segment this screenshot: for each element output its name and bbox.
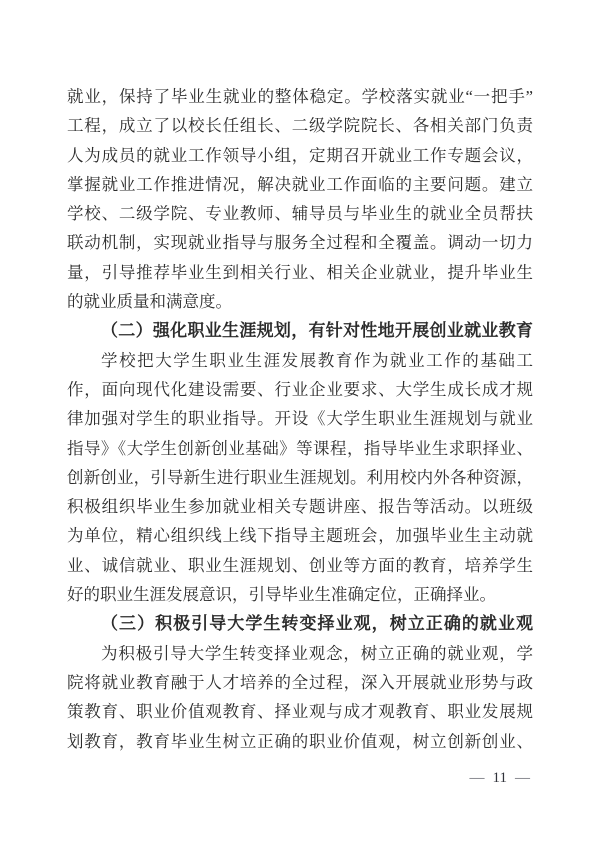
paragraph-line: 量，引导推荐毕业生到相关行业、相关企业就业，提升毕业生 (67, 258, 533, 287)
section-heading-2: （二）强化职业生涯规划，有针对性地开展创业就业教育 (67, 316, 533, 345)
section-heading-3: （三）积极引导大学生转变择业观，树立正确的就业观 (67, 609, 533, 638)
page-number: — 11 — (470, 767, 530, 789)
paragraph-line: 的就业质量和满意度。 (67, 287, 533, 316)
paragraph-line: 积极组织毕业生参加就业相关专题讲座、报告等活动。以班级 (67, 492, 533, 521)
page-number-value: 11 (493, 767, 507, 789)
paragraph-line: 就业，保持了毕业生就业的整体稳定。学校落实就业“一把手” (67, 82, 533, 111)
paragraph-line: 联动机制，实现就业指导与服务全过程和全覆盖。调动一切力 (67, 228, 533, 257)
paragraph-line: 创新创业，引导新生进行职业生涯规划。利用校内外各种资源， (67, 463, 533, 492)
document-body: 就业，保持了毕业生就业的整体稳定。学校落实就业“一把手” 工程，成立了以校长任组… (67, 82, 533, 756)
paragraph-line: 为单位，精心组织线上线下指导主题班会，加强毕业生主动就 (67, 521, 533, 550)
paragraph-line: 业、诚信就业、职业生涯规划、创业等方面的教育，培养学生 (67, 551, 533, 580)
paragraph-line: 指导》《大学生创新创业基础》等课程，指导毕业生求职择业、 (67, 434, 533, 463)
paragraph-line: 策教育、职业价值观教育、择业观与成才观教育、职业发展规 (67, 697, 533, 726)
page-number-dash-right: — (515, 767, 530, 789)
paragraph-line: 掌握就业工作推进情况，解决就业工作面临的主要问题。建立 (67, 170, 533, 199)
paragraph-line: 为积极引导大学生转变择业观念，树立正确的就业观，学 (67, 639, 533, 668)
paragraph-line: 院将就业教育融于人才培养的全过程，深入开展就业形势与政 (67, 668, 533, 697)
document-page: 就业，保持了毕业生就业的整体稳定。学校落实就业“一把手” 工程，成立了以校长任组… (0, 0, 600, 848)
paragraph-line: 划教育，教育毕业生树立正确的职业价值观，树立创新创业、 (67, 727, 533, 756)
paragraph-line: 学校、二级学院、专业教师、辅导员与毕业生的就业全员帮扶 (67, 199, 533, 228)
paragraph-line: 好的职业生涯发展意识，引导毕业生准确定位，正确择业。 (67, 580, 533, 609)
paragraph-line: 工程，成立了以校长任组长、二级学院院长、各相关部门负责 (67, 111, 533, 140)
paragraph-line: 作，面向现代化建设需要、行业企业要求、大学生成长成才规 (67, 375, 533, 404)
paragraph-line: 学校把大学生职业生涯发展教育作为就业工作的基础工 (67, 346, 533, 375)
page-number-dash-left: — (470, 767, 485, 789)
paragraph-line: 律加强对学生的职业指导。开设《大学生职业生涯规划与就业 (67, 404, 533, 433)
paragraph-line: 人为成员的就业工作领导小组，定期召开就业工作专题会议， (67, 141, 533, 170)
